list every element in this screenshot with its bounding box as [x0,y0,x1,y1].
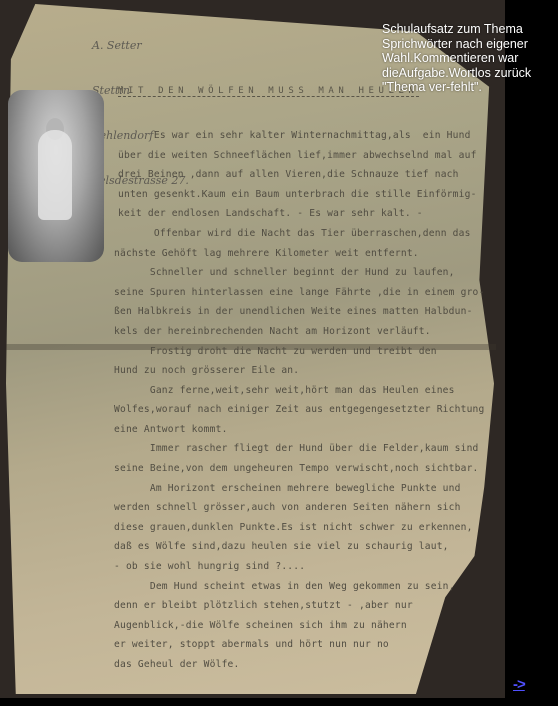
caption-line: "Thema ver-fehlt". [382,80,558,95]
essay-line: unten gesenkt.Kaum ein Baum unterbrach d… [118,189,477,200]
essay-line: seine Spuren hinterlassen eine lange Fäh… [114,287,485,298]
essay-line: - ob sie wohl hungrig sind ?.... [114,561,305,572]
address-line: A. Setter [92,38,189,53]
next-page-link[interactable]: -> [513,676,525,693]
essay-line: er weiter, stoppt abermals und hört nun … [114,639,389,650]
essay-line: Es war ein sehr kalter Winternachmittag,… [118,130,471,141]
essay-line: werden schnell grösser,auch von anderen … [114,502,461,513]
essay-line: ßen Halbkreis in der unendlichen Weite e… [114,306,473,317]
essay-line: Dem Hund scheint etwas in den Weg gekomm… [114,581,455,592]
essay-line: Am Horizont erscheinen mehrere beweglich… [114,483,461,494]
caption-text: Schulaufsatz zum Thema Sprichwörter nach… [382,22,558,95]
essay-line: drei Beinen ,dann auf allen Vieren,die S… [118,169,459,180]
essay-line: daß es Wölfe sind,dazu heulen sie viel z… [114,541,449,552]
essay-line: über die weiten Schneeflächen lief,immer… [118,150,477,161]
caption-line: dieAufgabe.Wortlos zurück [382,66,558,81]
caption-line: Sprichwörter nach eigener [382,37,558,52]
essay-line: denn er bleibt plötzlich stehen,stutzt -… [114,600,413,611]
essay-line: seine Beine,von dem ungeheuren Tempo ver… [114,463,479,474]
document-photo: A. Setter Stettin Zehlendorf Felsdestras… [0,0,505,698]
essay-line: eine Antwort kommt. [114,424,228,435]
essay-line: Offenbar wird die Nacht das Tier überras… [118,228,471,239]
essay-line: diese grauen,dunklen Punkte.Es ist nicht… [114,522,473,533]
essay-line: keit der endlosen Landschaft. - Es war s… [118,208,423,219]
caption-line: Schulaufsatz zum Thema [382,22,558,37]
caption-line: Wahl.Kommentieren war [382,51,558,66]
essay-line: Hund zu noch grösserer Eile an. [114,365,299,376]
essay-line: Augenblick,-die Wölfe scheinen sich ihm … [114,620,407,631]
essay-line: Wolfes,worauf nach einiger Zeit aus entg… [114,404,485,415]
essay-line: nächste Gehöft lag mehrere Kilometer wei… [114,248,419,259]
handwritten-address: A. Setter Stettin Zehlendorf Felsdestras… [92,8,189,218]
essay-line: kels der hereinbrechenden Nacht am Horiz… [114,326,431,337]
essay-line: Immer rascher fliegt der Hund über die F… [114,443,479,454]
girl-photo [8,90,104,262]
essay-line: Ganz ferne,weit,sehr weit,hört man das H… [114,385,455,396]
essay-line: das Geheul der Wölfe. [114,659,240,670]
essay-line: Schneller und schneller beginnt der Hund… [114,267,455,278]
essay-line: Frostig droht die Nacht zu werden und tr… [114,346,437,357]
essay-title: MIT DEN WÖLFEN MUSS MAN HEULEN [118,86,419,97]
photo-figure [38,130,72,220]
